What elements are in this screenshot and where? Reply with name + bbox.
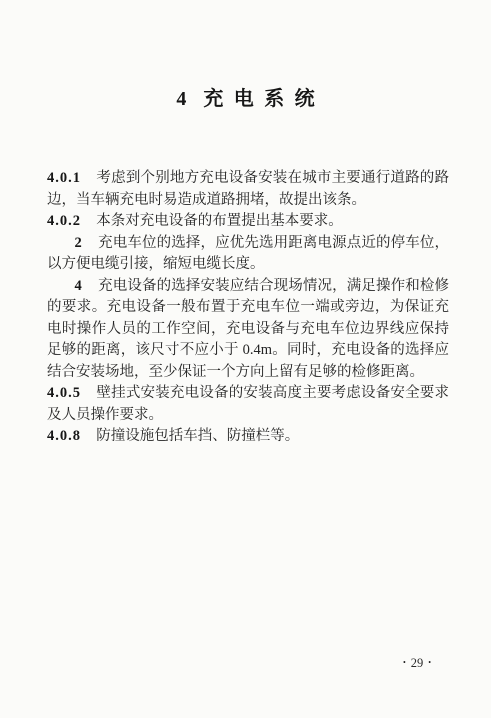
clause-paragraph: 4.0.5壁挂式安装充电设备的安装高度主要考虑设备安全要求及人员操作要求。 <box>47 383 449 426</box>
clause-body-text: 壁挂式安装充电设备的安装高度主要考虑设备安全要求及人员操作要求。 <box>47 385 449 423</box>
clause-label: 4.0.8 <box>47 428 81 444</box>
page-footer: •29• <box>385 656 449 671</box>
clause-paragraph: 4.0.2本条对充电设备的布置提出基本要求。 <box>47 211 449 233</box>
clause-label: 4.0.5 <box>47 385 81 401</box>
clause-subitem-paragraph: 2充电车位的选择，应优先选用距离电源点近的停车位，以方便电缆引接，缩短电缆长度。 <box>47 233 449 276</box>
footer-right-dot: • <box>423 658 436 667</box>
clause-label: 4.0.1 <box>47 170 81 186</box>
clause-body-text: 本条对充电设备的布置提出基本要求。 <box>96 213 343 229</box>
document-page: 4充电系统 4.0.1考虑到个别地方充电设备安装在城市主要通行道路的路边，当车辆… <box>0 0 491 718</box>
clause-body-text: 考虑到个别地方充电设备安装在城市主要通行道路的路边，当车辆充电时易造成道路拥堵，… <box>47 170 449 208</box>
clause-paragraph: 4.0.8防撞设施包括车挡、防撞栏等。 <box>47 426 449 448</box>
page-number: 29 <box>411 656 424 670</box>
clause-body-text: 充电设备的选择安装应结合现场情况，满足操作和检修的要求。充电设备一般布置于充电车… <box>47 278 449 380</box>
chapter-title: 充电系统 <box>203 88 325 110</box>
clause-body-text: 充电车位的选择，应优先选用距离电源点近的停车位，以方便电缆引接，缩短电缆长度。 <box>47 235 449 273</box>
subitem-number: 4 <box>75 278 83 294</box>
clause-subitem-paragraph: 4充电设备的选择安装应结合现场情况，满足操作和检修的要求。充电设备一般布置于充电… <box>47 276 449 384</box>
footer-left-dot: • <box>398 658 411 667</box>
clause-body-text: 防撞设施包括车挡、防撞栏等。 <box>96 428 299 444</box>
subitem-number: 2 <box>75 235 83 251</box>
chapter-number: 4 <box>176 88 186 110</box>
clause-label: 4.0.2 <box>47 213 81 229</box>
clause-paragraph: 4.0.1考虑到个别地方充电设备安装在城市主要通行道路的路边，当车辆充电时易造成… <box>47 168 449 211</box>
chapter-heading: 4充电系统 <box>0 82 491 111</box>
clause-text-block: 4.0.1考虑到个别地方充电设备安装在城市主要通行道路的路边，当车辆充电时易造成… <box>47 168 449 448</box>
